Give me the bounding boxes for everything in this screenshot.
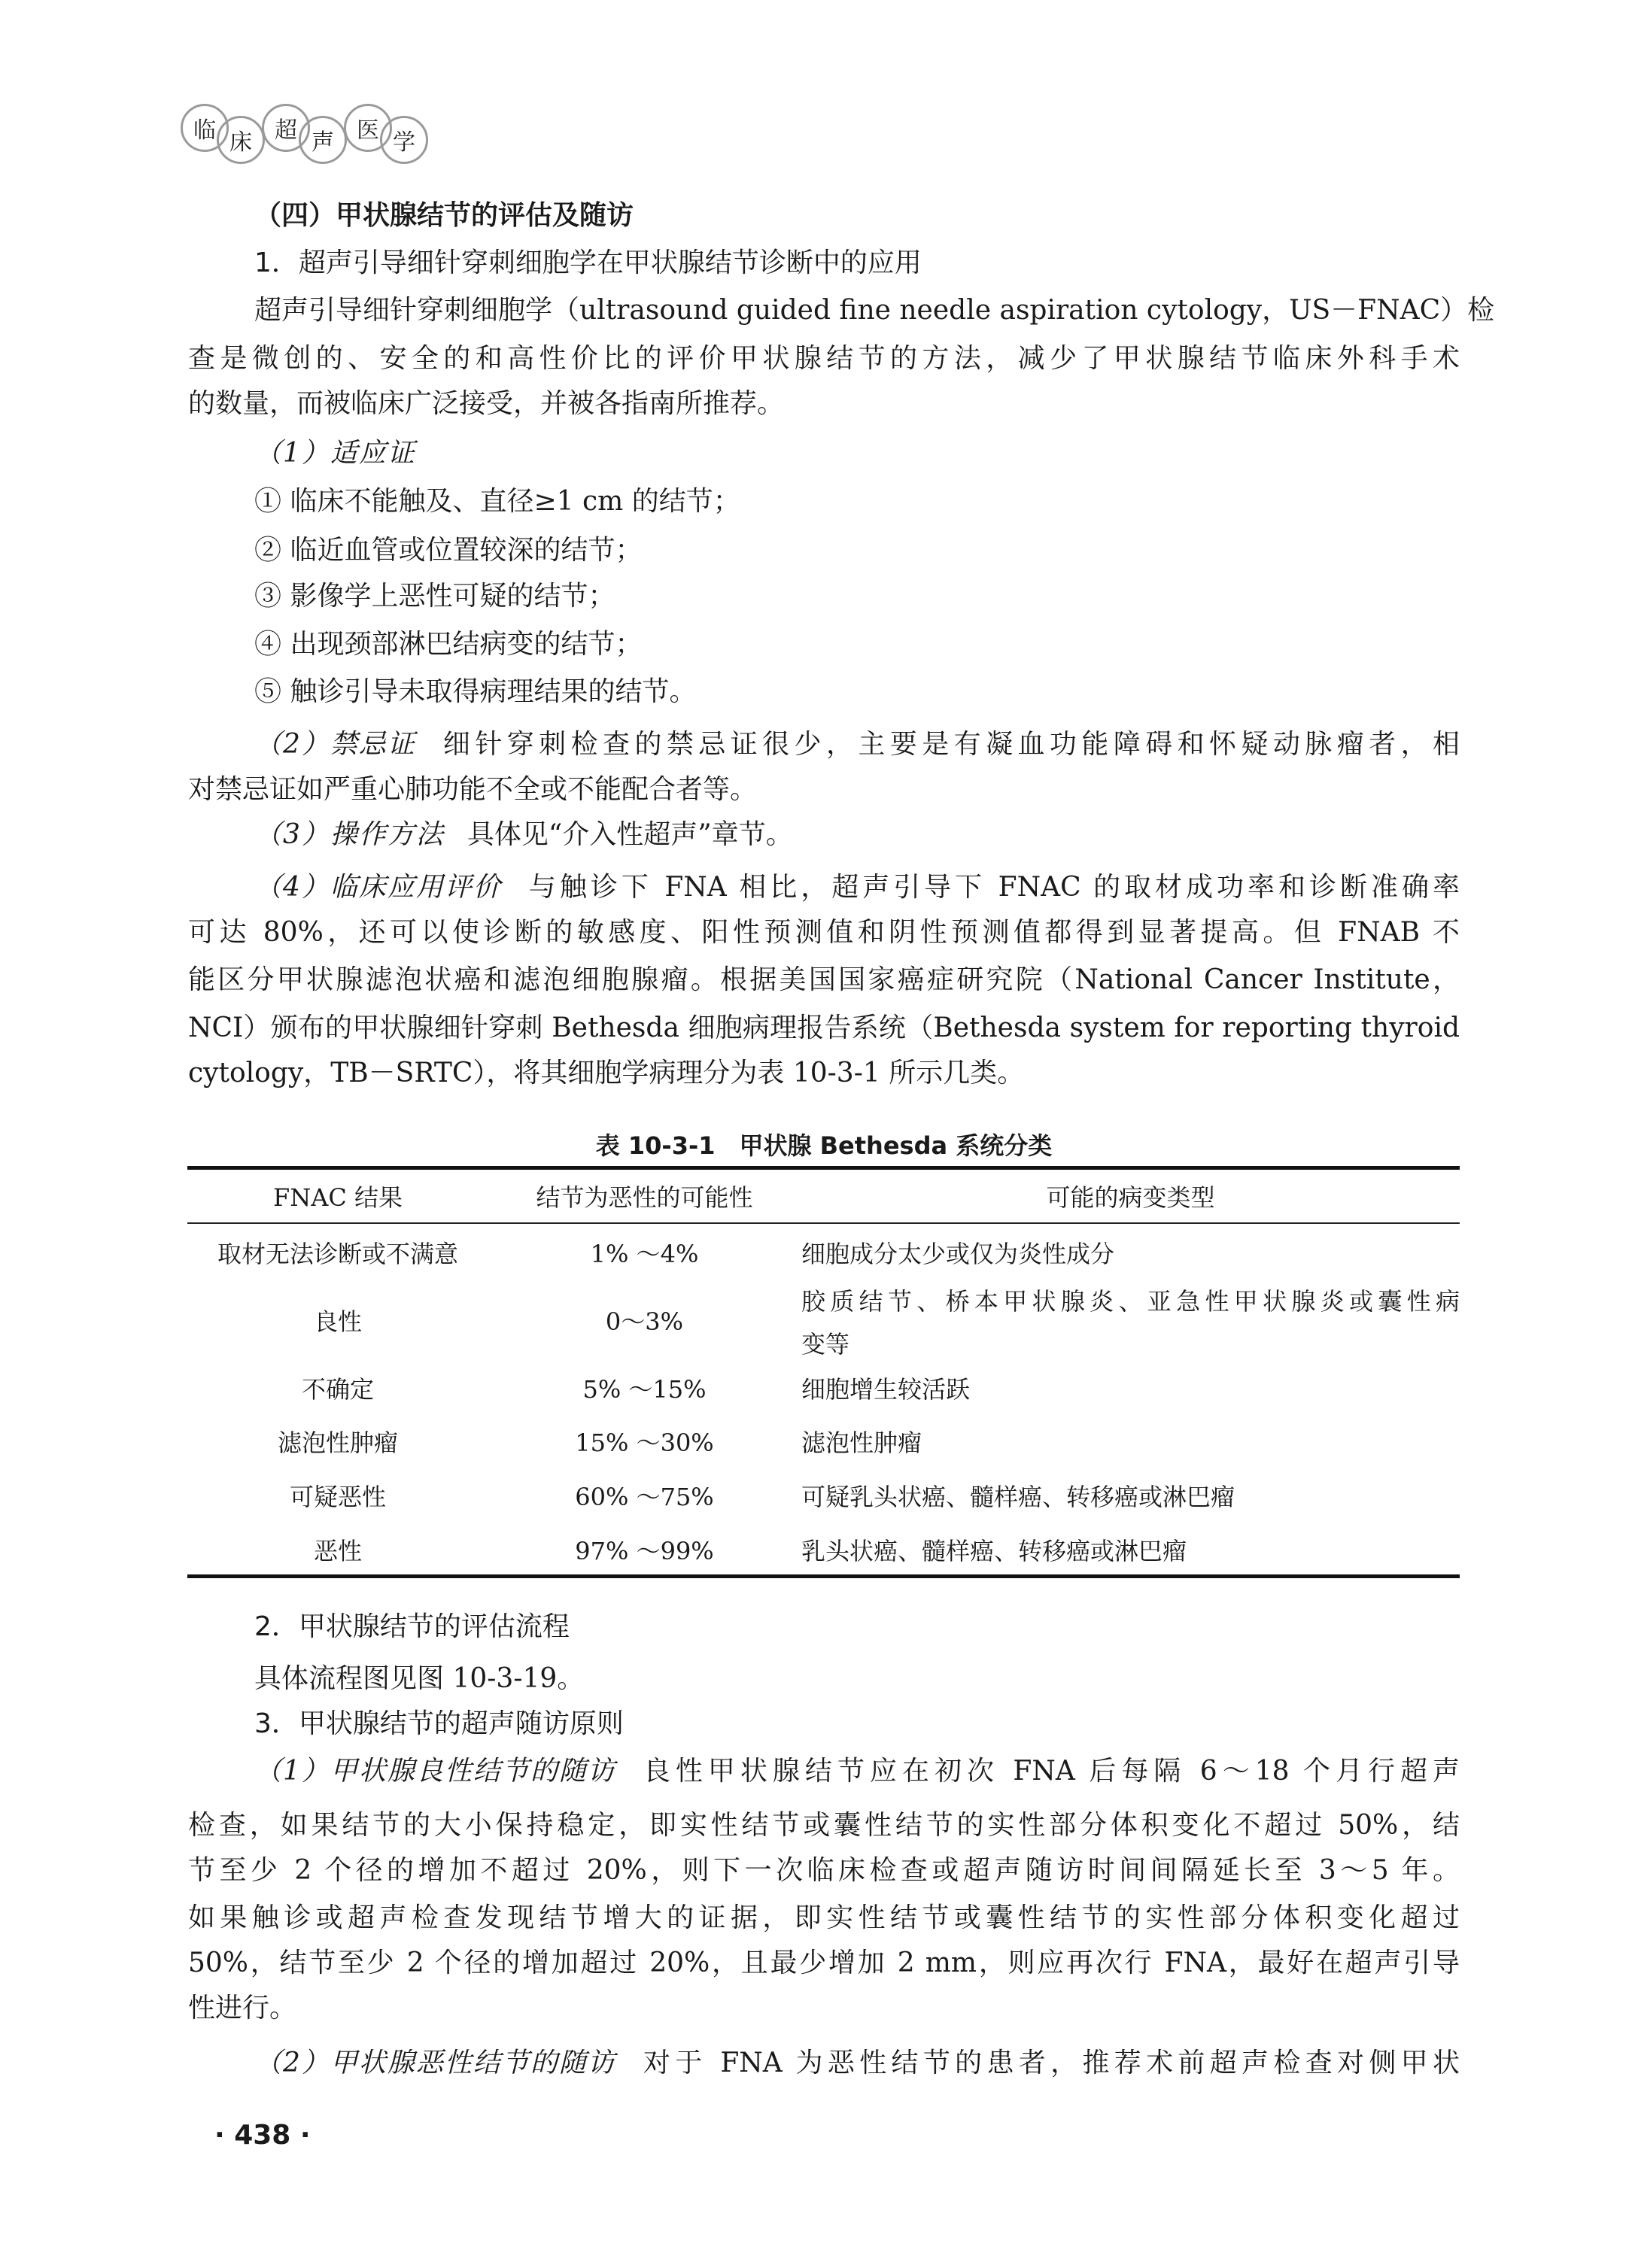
evaluation-label: （4）临床应用评价	[254, 871, 502, 904]
malignant-followup-text: 对于 FNA 为恶性结节的患者，推荐术前超声检查对侧甲状	[643, 2047, 1460, 2080]
indication-item: ⑤ 触诊引导未取得病理结果的结节。	[254, 676, 1460, 709]
cell-lesion: 胶质结节、桥本甲状腺炎、亚急性甲状腺炎或囊性病	[801, 1286, 1460, 1316]
paragraph-line: 具体流程图见图 10-3-19。	[254, 1662, 1460, 1696]
method-label: （3）操作方法	[254, 819, 445, 850]
logo-char-circle: 学	[380, 116, 428, 164]
subsection-title-1: 1．超声引导细针穿刺细胞学在甲状腺结节诊断中的应用	[254, 247, 1460, 280]
indication-item: ③ 影像学上恶性可疑的结节；	[254, 580, 1460, 613]
book-title-logo: 临 床 超 声 医 学	[181, 104, 429, 161]
indication-item: ② 临近血管或位置较深的结节；	[254, 534, 1460, 567]
logo-char-circle: 声	[299, 116, 347, 164]
cell-result: 可疑恶性	[187, 1482, 488, 1512]
cell-risk: 1% ～4%	[496, 1239, 793, 1269]
cell-lesion: 可疑乳头状癌、髓样癌、转移癌或淋巴瘤	[801, 1482, 1460, 1512]
cell-lesion: 细胞成分太少或仅为炎性成分	[801, 1239, 1460, 1269]
logo-char: 医	[357, 111, 379, 144]
logo-char: 超	[275, 111, 297, 144]
paragraph-line: NCI）颁布的甲状腺细针穿刺 Bethesda 细胞病理报告系统（Bethesd…	[188, 1012, 1460, 1045]
cell-result: 取材无法诊断或不满意	[187, 1239, 488, 1269]
cell-lesion: 滤泡性肿瘤	[801, 1428, 1460, 1458]
paragraph-line: cytology，TB－SRTC），将其细胞学病理分为表 10-3-1 所示几类…	[188, 1057, 1460, 1090]
logo-char: 学	[393, 123, 415, 156]
cell-result: 滤泡性肿瘤	[187, 1428, 488, 1458]
logo-char-circle: 床	[217, 116, 265, 164]
indications-label: （1）适应证	[254, 437, 1460, 470]
paragraph-line: 查是微创的、安全的和高性价比的评价甲状腺结节的方法，减少了甲状腺结节临床外科手术	[188, 342, 1460, 375]
paragraph-line: 节至少 2 个径的增加不超过 20%，则下一次临床检查或超声随访时间间隔延长至 …	[188, 1854, 1460, 1887]
paragraph-line: 对禁忌证如严重心肺功能不全或不能配合者等。	[188, 773, 1460, 806]
logo-char: 床	[229, 123, 252, 156]
column-header: 结节为恶性的可能性	[496, 1183, 793, 1213]
cell-lesion: 变等	[801, 1329, 1460, 1359]
logo-char: 临	[193, 111, 216, 144]
contraindications-line: （2）禁忌证 细针穿刺检查的禁忌证很少，主要是有凝血功能障碍和怀疑动脉瘤者，相	[254, 728, 1460, 761]
paragraph-line: 性进行。	[188, 1992, 1460, 2025]
table-header-rule	[187, 1222, 1460, 1224]
evaluation-text: 与触诊下 FNA 相比，超声引导下 FNAC 的取材成功率和诊断准确率	[529, 871, 1460, 904]
paragraph-line: 能区分甲状腺滤泡状癌和滤泡细胞腺瘤。根据美国国家癌症研究院（National C…	[188, 964, 1460, 997]
malignant-followup-label: （2）甲状腺恶性结节的随访	[254, 2047, 616, 2080]
cell-risk: 97% ～99%	[496, 1536, 793, 1566]
cell-risk: 0～3%	[496, 1307, 793, 1337]
cell-result: 良性	[187, 1307, 488, 1337]
section-heading: （四）甲状腺结节的评估及随访	[254, 199, 1460, 232]
contraindications-text: 细针穿刺检查的禁忌证很少，主要是有凝血功能障碍和怀疑动脉瘤者，相	[443, 728, 1460, 761]
cell-lesion: 细胞增生较活跃	[801, 1374, 1460, 1404]
subsection-title-2: 2．甲状腺结节的评估流程	[254, 1611, 1460, 1644]
method-text: 具体见“介入性超声”章节。	[467, 819, 793, 850]
evaluation-line: （4）临床应用评价 与触诊下 FNA 相比，超声引导下 FNAC 的取材成功率和…	[254, 871, 1460, 904]
method-line: （3）操作方法具体见“介入性超声”章节。	[254, 818, 1460, 852]
paragraph-line: 50%，结节至少 2 个径的增加超过 20%，且最少增加 2 mm，则应再次行 …	[188, 1947, 1460, 1980]
benign-followup-text: 良性甲状腺结节应在初次 FNA 后每隔 6～18 个月行超声	[643, 1755, 1460, 1788]
cell-risk: 15% ～30%	[496, 1428, 793, 1458]
cell-result: 不确定	[187, 1374, 488, 1404]
cell-lesion: 乳头状癌、髓样癌、转移癌或淋巴瘤	[801, 1536, 1460, 1566]
table-top-rule	[187, 1166, 1460, 1170]
paragraph-line: 检查，如果结节的大小保持稳定，即实性结节或囊性结节的实性部分体积变化不超过 50…	[188, 1809, 1460, 1842]
table-bottom-rule	[187, 1574, 1460, 1578]
malignant-followup-line: （2）甲状腺恶性结节的随访 对于 FNA 为恶性结节的患者，推荐术前超声检查对侧…	[254, 2047, 1460, 2080]
column-header: 可能的病变类型	[801, 1183, 1460, 1213]
benign-followup-label: （1）甲状腺良性结节的随访	[254, 1755, 616, 1788]
paragraph-line: 的数量，而被临床广泛接受，并被各指南所推荐。	[188, 387, 1460, 421]
paragraph-line: 如果触诊或超声检查发现结节增大的证据，即实性结节或囊性结节的实性部分体积变化超过	[188, 1902, 1460, 1935]
benign-followup-line: （1）甲状腺良性结节的随访 良性甲状腺结节应在初次 FNA 后每隔 6～18 个…	[254, 1755, 1460, 1788]
contraindications-label: （2）禁忌证	[254, 728, 416, 761]
column-header: FNAC 结果	[187, 1183, 488, 1213]
cell-risk: 5% ～15%	[496, 1374, 793, 1404]
paragraph-line: 超声引导细针穿刺细胞学（ultrasound guided fine needl…	[254, 294, 1460, 327]
page-number: · 438 ·	[214, 2120, 311, 2151]
indication-item: ① 临床不能触及、直径≥1 cm 的结节；	[254, 485, 1460, 518]
subsection-title-3: 3．甲状腺结节的超声随访原则	[254, 1708, 1460, 1741]
logo-char: 声	[312, 123, 334, 156]
indication-item: ④ 出现颈部淋巴结病变的结节；	[254, 628, 1460, 661]
cell-result: 恶性	[187, 1536, 488, 1566]
paragraph-line: 可达 80%，还可以使诊断的敏感度、阳性预测值和阴性预测值都得到显著提高。但 F…	[188, 916, 1460, 949]
table-caption: 表 10-3-1 甲状腺 Bethesda 系统分类	[188, 1127, 1460, 1161]
cell-risk: 60% ～75%	[496, 1482, 793, 1512]
